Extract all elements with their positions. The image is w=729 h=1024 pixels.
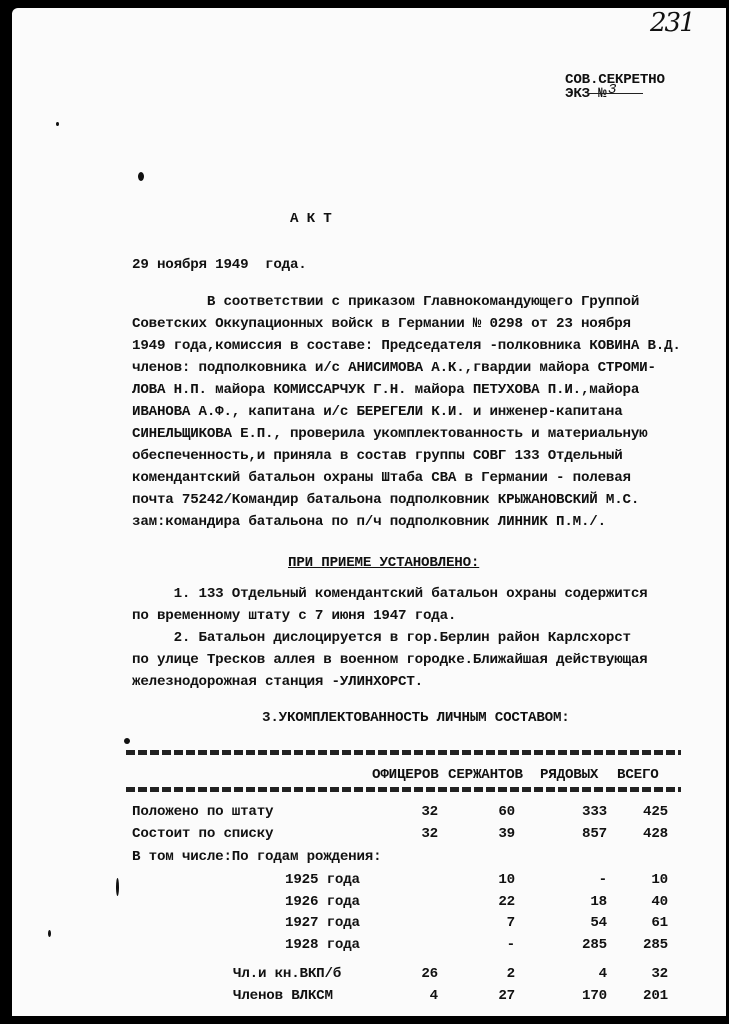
paragraph-line: СИНЕЛЬЩИКОВА Е.П., проверила укомплектов… bbox=[132, 426, 647, 442]
column-header: ОФИЦЕРОВ bbox=[372, 767, 439, 783]
table-row-label: Членов ВЛКСМ bbox=[233, 988, 333, 1004]
table-row-label: Состоит по списку bbox=[132, 826, 273, 842]
paragraph-line: членов: подполковника и/с АНИСИМОВА А.К.… bbox=[132, 360, 656, 376]
paragraph-line: 1949 года,комиссия в составе: Председате… bbox=[132, 338, 681, 354]
table-cell: 22 bbox=[475, 894, 515, 910]
table-row-label: В том числе:По годам рождения: bbox=[132, 849, 381, 865]
table-cell: - bbox=[567, 872, 607, 888]
scan-speck bbox=[116, 878, 119, 896]
column-header: СЕРЖАНТОВ bbox=[448, 767, 523, 783]
table-row-label: 1925 года bbox=[285, 872, 360, 888]
table-rule-top bbox=[126, 750, 681, 755]
table-cell: 40 bbox=[628, 894, 668, 910]
column-header: РЯДОВЫХ bbox=[540, 767, 598, 783]
paragraph-line: почта 75242/Командир батальона подполков… bbox=[132, 492, 639, 508]
document-title: А К Т bbox=[290, 211, 332, 227]
table-cell: 2 bbox=[475, 966, 515, 982]
section-heading: ПРИ ПРИЕМЕ УСТАНОВЛЕНО: bbox=[288, 555, 479, 571]
document-date: 29 ноября 1949 года. bbox=[132, 257, 307, 273]
table-row-label: Чл.и кн.ВКП/б bbox=[233, 966, 341, 982]
table-row-label: 1926 года bbox=[285, 894, 360, 910]
finding-line: 1. 133 Отдельный комендантский батальон … bbox=[132, 586, 647, 602]
table-cell: 39 bbox=[475, 826, 515, 842]
finding-line: по улице Тресков аллея в военном городке… bbox=[132, 652, 647, 668]
table-cell: 857 bbox=[567, 826, 607, 842]
finding-line: железнодорожная станция -УЛИНХОРСТ. bbox=[132, 674, 423, 690]
table-cell: 285 bbox=[567, 937, 607, 953]
copy-number: 3 bbox=[608, 82, 616, 98]
paragraph-line: комендантский батальон охраны Штаба СВА … bbox=[132, 470, 631, 486]
table-cell: 425 bbox=[628, 804, 668, 820]
table-cell: 10 bbox=[475, 872, 515, 888]
table-cell: 60 bbox=[475, 804, 515, 820]
table-rule-header bbox=[126, 787, 681, 792]
paragraph-line: ИВАНОВА А.Ф., капитана и/с БЕРЕГЕЛИ К.И.… bbox=[132, 404, 623, 420]
table-cell: 201 bbox=[628, 988, 668, 1004]
paragraph-line: В соответствии с приказом Главнокомандую… bbox=[132, 294, 639, 310]
finding-line: по временному штату с 7 июня 1947 года. bbox=[132, 608, 456, 624]
table-cell: 10 bbox=[628, 872, 668, 888]
scan-speck bbox=[138, 172, 144, 181]
paragraph-line: зам:командира батальона по п/ч подполков… bbox=[132, 514, 606, 530]
table-cell: 54 bbox=[567, 915, 607, 931]
table-cell: 285 bbox=[628, 937, 668, 953]
table-row-label: Положено по штату bbox=[132, 804, 273, 820]
column-header: ВСЕГО bbox=[617, 767, 659, 783]
copy-number-underline bbox=[588, 93, 643, 94]
paragraph-line: обеспеченность,и приняла в состав группы… bbox=[132, 448, 623, 464]
table-title: 3.УКОМПЛЕКТОВАННОСТЬ ЛИЧНЫМ СОСТАВОМ: bbox=[262, 710, 570, 726]
table-cell: 32 bbox=[398, 826, 438, 842]
table-cell: - bbox=[475, 937, 515, 953]
table-row-label: 1928 года bbox=[285, 937, 360, 953]
scan-speck bbox=[56, 122, 59, 126]
finding-line: 2. Батальон дислоцируется в гор.Берлин р… bbox=[132, 630, 631, 646]
table-cell: 4 bbox=[567, 966, 607, 982]
table-cell: 61 bbox=[628, 915, 668, 931]
scan-speck bbox=[48, 930, 51, 937]
table-cell: 32 bbox=[398, 804, 438, 820]
table-cell: 333 bbox=[567, 804, 607, 820]
copy-label: ЭКЗ № bbox=[565, 86, 607, 102]
paragraph-line: Советских Оккупационных войск в Германии… bbox=[132, 316, 631, 332]
table-row-label: 1927 года bbox=[285, 915, 360, 931]
table-cell: 170 bbox=[567, 988, 607, 1004]
paragraph-line: ЛОВА Н.П. майора КОМИССАРЧУК Г.Н. майора… bbox=[132, 382, 639, 398]
table-cell: 4 bbox=[398, 988, 438, 1004]
table-cell: 7 bbox=[475, 915, 515, 931]
archive-page-number: 231 bbox=[650, 8, 694, 38]
table-cell: 32 bbox=[628, 966, 668, 982]
table-cell: 27 bbox=[475, 988, 515, 1004]
table-cell: 18 bbox=[567, 894, 607, 910]
scan-speck bbox=[124, 738, 130, 744]
table-cell: 26 bbox=[398, 966, 438, 982]
table-cell: 428 bbox=[628, 826, 668, 842]
